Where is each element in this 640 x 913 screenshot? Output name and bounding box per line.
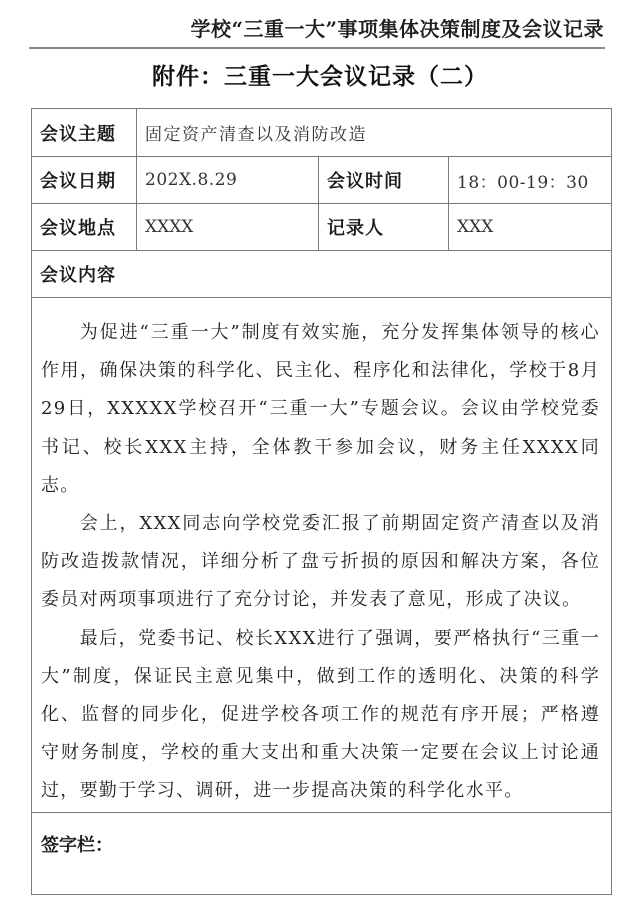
date-value: 202X.8.29 xyxy=(137,157,319,203)
row-content-body: 为促进“三重一大”制度有效实施，充分发挥集体领导的核心作用，确保决策的科学化、民… xyxy=(32,298,611,813)
recorder-label: 记录人 xyxy=(319,204,449,250)
row-content-label: 会议内容 xyxy=(32,251,611,298)
recorder-value: XXX xyxy=(449,204,613,250)
time-label: 会议时间 xyxy=(319,157,449,203)
document-title: 附件：三重一大会议记录（二） xyxy=(0,58,640,91)
row-signature: 签字栏： xyxy=(32,813,611,894)
meeting-content: 为促进“三重一大”制度有效实施，充分发挥集体领导的核心作用，确保决策的科学化、民… xyxy=(32,298,611,812)
content-paragraph-1: 为促进“三重一大”制度有效实施，充分发挥集体领导的核心作用，确保决策的科学化、民… xyxy=(41,314,600,505)
location-label: 会议地点 xyxy=(32,204,137,250)
header-title: 学校“三重一大”事项集体决策制度及会议记录 xyxy=(190,13,604,42)
location-value: XXXX xyxy=(137,204,319,250)
content-paragraph-2: 会上，XXX同志向学校党委汇报了前期固定资产清查以及消防改造拨款情况，详细分析了… xyxy=(41,505,600,620)
signature-label: 签字栏： xyxy=(41,831,113,857)
row-topic: 会议主题 固定资产清查以及消防改造 xyxy=(32,109,611,157)
row-location-recorder: 会议地点 XXXX 记录人 XXX xyxy=(32,204,611,251)
time-value: 18：00-19：30 xyxy=(449,157,613,203)
date-label: 会议日期 xyxy=(32,157,137,203)
row-date-time: 会议日期 202X.8.29 会议时间 18：00-19：30 xyxy=(32,157,611,204)
document-header: 学校“三重一大”事项集体决策制度及会议记录 xyxy=(0,0,640,60)
topic-value: 固定资产清查以及消防改造 xyxy=(137,109,613,156)
header-rule xyxy=(29,47,605,49)
topic-label: 会议主题 xyxy=(32,109,137,156)
content-paragraph-3: 最后，党委书记、校长XXX进行了强调，要严格执行“三重一大”制度，保证民主意见集… xyxy=(41,620,600,811)
content-label: 会议内容 xyxy=(32,251,232,297)
meeting-record-table: 会议主题 固定资产清查以及消防改造 会议日期 202X.8.29 会议时间 18… xyxy=(31,108,612,895)
